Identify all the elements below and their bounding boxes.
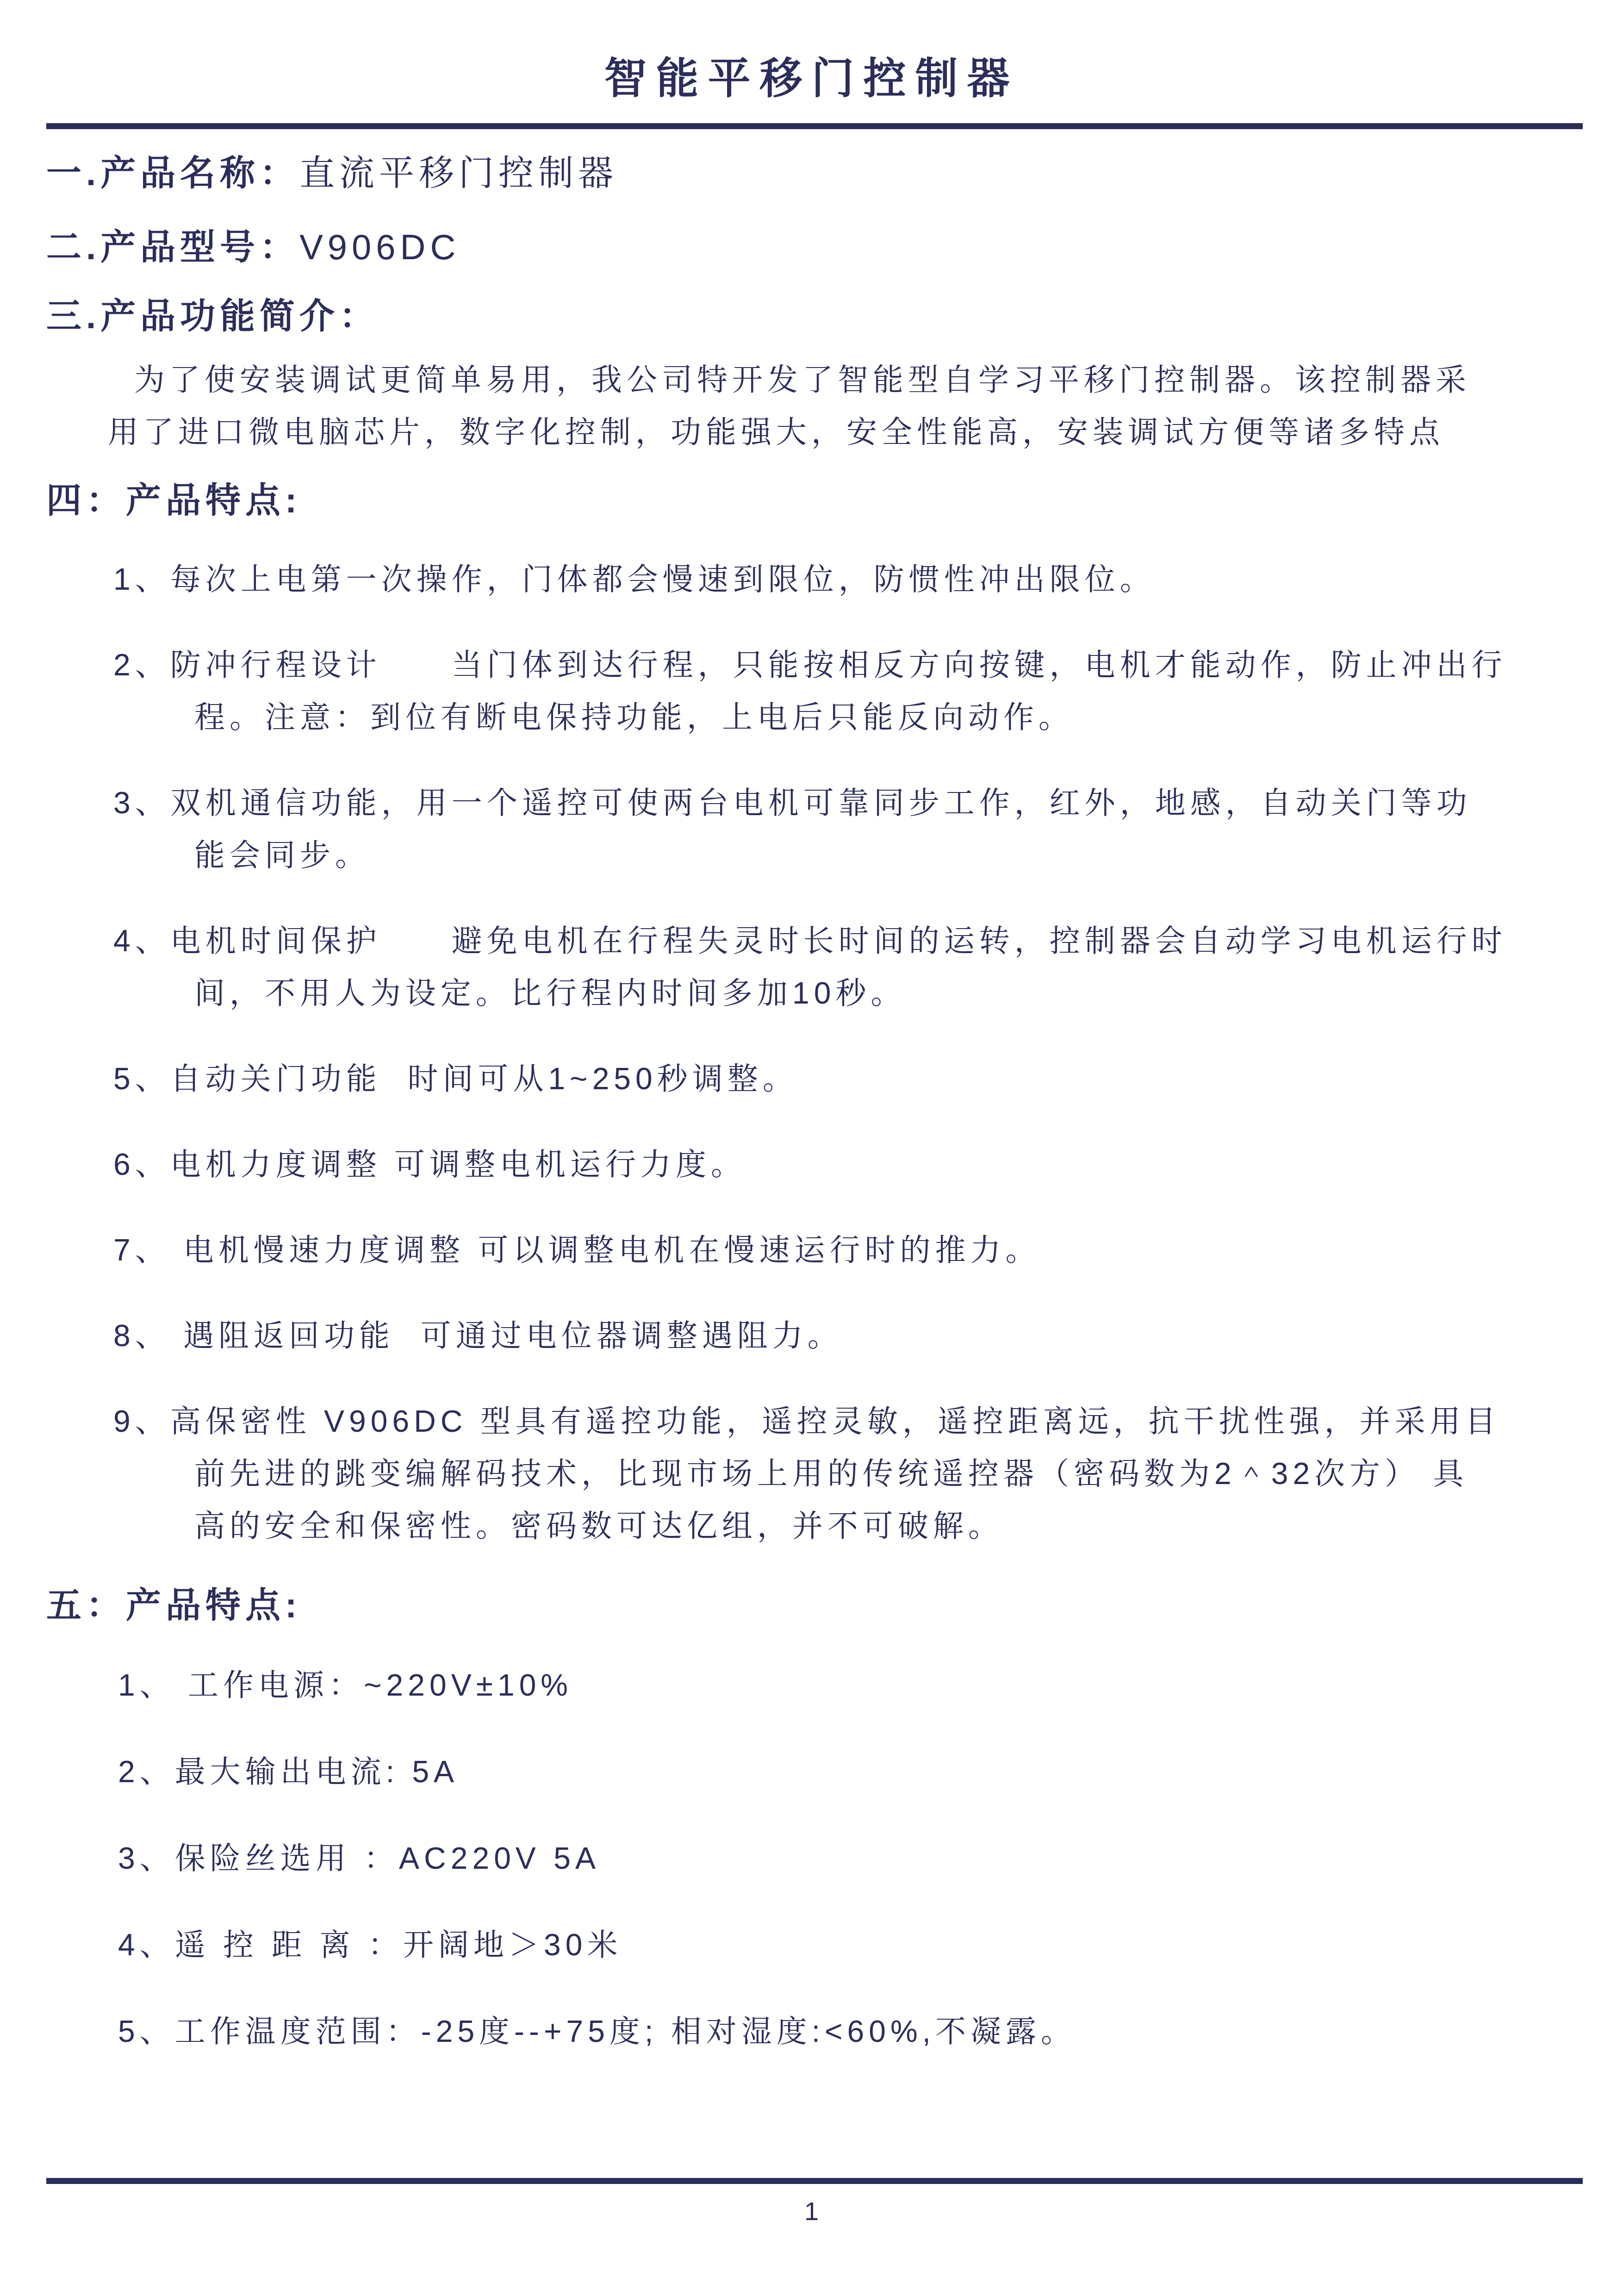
section-5-heading: 五：产品特点:	[46, 1587, 1623, 1625]
list-item: 9、高保密性 V906DC 型具有遥控功能，遥控灵敏，遥控距离远，抗干扰性强，并…	[0, 1395, 1623, 1552]
list-item: 7、 电机慢速力度调整 可以调整电机在慢速运行时的推力。	[0, 1224, 1623, 1276]
list-item: 1、 工作电源：~220V±10%	[0, 1659, 1623, 1711]
section-1-value: 直流平移门控制器	[299, 154, 618, 193]
list-item-line: 前先进的跳变编解码技术，比现市场上用的传统遥控器（密码数为2＾32次方） 具	[194, 1447, 1623, 1500]
list-item-line: 3、双机通信功能，用一个遥控可使两台电机可靠同步工作，红外，地感，自动关门等功	[113, 777, 1623, 829]
list-item: 8、 遇阻返回功能 可通过电位器调整遇阻力。	[0, 1310, 1623, 1362]
page-title: 智能平移门控制器	[0, 55, 1623, 104]
section-5-title: 产品特点:	[126, 1586, 301, 1625]
section-3-title: 产品功能简介：	[100, 297, 379, 336]
section-3-heading: 三.产品功能简介：	[46, 298, 1623, 336]
section-1-title: 产品名称：	[100, 154, 299, 193]
list-item-line: 3、保险丝选用 ：AC220V 5A	[118, 1832, 1623, 1884]
list-item-line: 1、每次上电第一次操作，门体都会慢速到限位，防惯性冲出限位。	[113, 553, 1623, 605]
list-item-line: 9、高保密性 V906DC 型具有遥控功能，遥控灵敏，遥控距离远，抗干扰性强，并…	[113, 1395, 1623, 1447]
section-4-feature-list: 1、每次上电第一次操作，门体都会慢速到限位，防惯性冲出限位。 2、防冲行程设计 …	[0, 553, 1623, 1552]
list-item: 1、每次上电第一次操作，门体都会慢速到限位，防惯性冲出限位。	[0, 553, 1623, 605]
list-item: 3、保险丝选用 ：AC220V 5A	[0, 1832, 1623, 1884]
document-page: 智能平移门控制器 一.产品名称：直流平移门控制器 二.产品型号：V906DC 三…	[0, 55, 1623, 2226]
section-5-number: 五：	[46, 1586, 126, 1625]
section-4-number: 四：	[46, 481, 126, 520]
section-3-number: 三.	[46, 297, 100, 336]
list-item-line: 1、 工作电源：~220V±10%	[118, 1659, 1623, 1711]
section-5-spec-list: 1、 工作电源：~220V±10% 2、最大输出电流: 5A 3、保险丝选用 ：…	[0, 1659, 1623, 2058]
list-item: 5、工作温度范围：-25度--+75度; 相对湿度:<60%,不凝露。	[0, 2005, 1623, 2058]
section-4-heading: 四：产品特点:	[46, 482, 1623, 520]
list-item: 2、防冲行程设计 当门体到达行程，只能按相反方向按键，电机才能动作，防止冲出行 …	[0, 639, 1623, 743]
list-item-line: 程。注意：到位有断电保持功能，上电后只能反向动作。	[194, 691, 1623, 743]
list-item-line: 2、防冲行程设计 当门体到达行程，只能按相反方向按键，电机才能动作，防止冲出行	[113, 639, 1623, 691]
list-item: 5、自动关门功能 时间可从1~250秒调整。	[0, 1053, 1623, 1105]
paragraph-line: 用了进口微电脑芯片，数字化控制，功能强大，安全性能高，安装调试方便等诸多特点	[108, 406, 1623, 458]
list-item-line: 4、电机时间保护 避免电机在行程失灵时长时间的运转，控制器会自动学习电机运行时	[113, 915, 1623, 967]
paragraph-line: 为了使安装调试更简单易用，我公司特开发了智能型自学习平移门控制器。该控制器采	[134, 354, 1623, 406]
list-item: 2、最大输出电流: 5A	[0, 1746, 1623, 1798]
list-item-line: 6、电机力度调整 可调整电机运行力度。	[113, 1138, 1623, 1191]
section-2-number: 二.	[46, 228, 100, 267]
section-2-heading: 二.产品型号：V906DC	[46, 229, 1623, 267]
title-divider-line	[46, 123, 1583, 129]
list-item-line: 4、遥 控 距 离 ：开阔地＞30米	[118, 1919, 1623, 1971]
list-item-line: 能会同步。	[194, 829, 1623, 881]
section-1-heading: 一.产品名称：直流平移门控制器	[46, 155, 1623, 193]
list-item: 3、双机通信功能，用一个遥控可使两台电机可靠同步工作，红外，地感，自动关门等功 …	[0, 777, 1623, 881]
list-item-line: 7、 电机慢速力度调整 可以调整电机在慢速运行时的推力。	[113, 1224, 1623, 1276]
list-item-line: 5、工作温度范围：-25度--+75度; 相对湿度:<60%,不凝露。	[118, 2005, 1623, 2058]
list-item: 4、电机时间保护 避免电机在行程失灵时长时间的运转，控制器会自动学习电机运行时 …	[0, 915, 1623, 1019]
section-2-title: 产品型号：	[100, 228, 299, 267]
section-3-paragraph: 为了使安装调试更简单易用，我公司特开发了智能型自学习平移门控制器。该控制器采 用…	[0, 354, 1623, 458]
list-item: 6、电机力度调整 可调整电机运行力度。	[0, 1138, 1623, 1191]
list-item: 4、遥 控 距 离 ：开阔地＞30米	[0, 1919, 1623, 1971]
list-item-line: 间，不用人为设定。比行程内时间多加10秒。	[194, 967, 1623, 1019]
section-4-title: 产品特点:	[126, 481, 301, 520]
list-item-line: 高的安全和保密性。密码数可达亿组，并不可破解。	[194, 1500, 1623, 1552]
section-1-number: 一.	[46, 154, 100, 193]
list-item-line: 2、最大输出电流: 5A	[118, 1746, 1623, 1798]
page-number: 1	[0, 2196, 1623, 2226]
section-2-value: V906DC	[299, 228, 460, 267]
list-item-line: 8、 遇阻返回功能 可通过电位器调整遇阻力。	[113, 1310, 1623, 1362]
list-item-line: 5、自动关门功能 时间可从1~250秒调整。	[113, 1053, 1623, 1105]
footer-divider-line	[46, 2178, 1583, 2184]
